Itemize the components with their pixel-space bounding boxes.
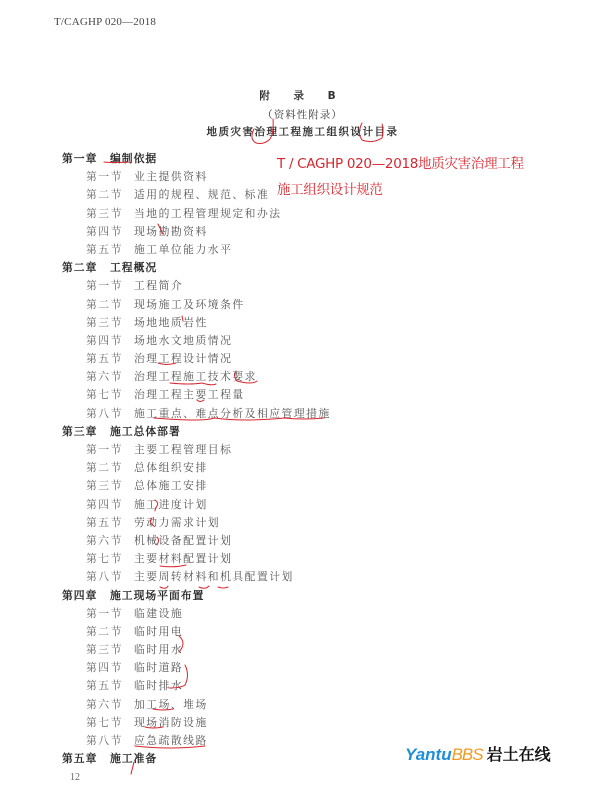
- section-number: 第五节: [86, 241, 134, 259]
- section-number: 第四节: [86, 659, 134, 677]
- table-of-contents: 第一章编制依据 第一节业主提供资料 第二节适用的规程、规范、标准 第三节当地的工…: [62, 150, 331, 768]
- section-title: 劳动力需求计划: [134, 516, 220, 529]
- section-title: 场地水文地质情况: [134, 334, 232, 347]
- section-item: 第四节施工进度计划: [62, 496, 331, 514]
- section-title: 主要工程管理目标: [134, 443, 232, 456]
- section-item: 第五节劳动力需求计划: [62, 514, 331, 532]
- chapter-title: 施工现场平面布置: [110, 589, 204, 602]
- section-item: 第二节适用的规程、规范、标准: [62, 186, 331, 204]
- section-title: 业主提供资料: [134, 170, 208, 183]
- section-number: 第四节: [86, 223, 134, 241]
- chapter-number: 第五章: [62, 750, 110, 768]
- section-item: 第七节主要材料配置计划: [62, 550, 331, 568]
- section-title: 现场消防设施: [134, 716, 208, 729]
- section-number: 第二节: [86, 459, 134, 477]
- section-number: 第五节: [86, 350, 134, 368]
- section-number: 第六节: [86, 532, 134, 550]
- section-number: 第七节: [86, 714, 134, 732]
- chapter-number: 第二章: [62, 259, 110, 277]
- section-number: 第一节: [86, 277, 134, 295]
- section-number: 第一节: [86, 441, 134, 459]
- appendix-title: 地质灾害治理工程施工组织设计目录: [0, 124, 605, 139]
- section-item: 第六节治理工程施工技术要求: [62, 368, 331, 386]
- section-item: 第二节临时用电: [62, 623, 331, 641]
- section-item: 第八节施工重点、难点分析及相应管理措施: [62, 405, 331, 423]
- section-number: 第二节: [86, 186, 134, 204]
- section-title: 机械设备配置计划: [134, 534, 232, 547]
- section-item: 第六节机械设备配置计划: [62, 532, 331, 550]
- section-number: 第三节: [86, 477, 134, 495]
- chapter-title: 编制依据: [110, 152, 157, 165]
- section-number: 第八节: [86, 732, 134, 750]
- chapter-title: 施工准备: [110, 752, 157, 765]
- section-title: 主要材料配置计划: [134, 552, 232, 565]
- section-title: 应急疏散线路: [134, 734, 208, 747]
- section-title: 治理工程施工技术要求: [134, 370, 257, 383]
- section-item: 第六节加工场、堆场: [62, 696, 331, 714]
- section-number: 第七节: [86, 386, 134, 404]
- section-number: 第二节: [86, 623, 134, 641]
- section-item: 第三节临时用水: [62, 641, 331, 659]
- section-title: 总体施工安排: [134, 479, 208, 492]
- section-item: 第五节施工单位能力水平: [62, 241, 331, 259]
- chapter-number: 第四章: [62, 587, 110, 605]
- section-title: 适用的规程、规范、标准: [134, 188, 269, 201]
- section-item: 第四节场地水文地质情况: [62, 332, 331, 350]
- chapter-number: 第三章: [62, 423, 110, 441]
- section-number: 第二节: [86, 296, 134, 314]
- section-title: 治理工程设计情况: [134, 352, 232, 365]
- chapter-heading: 第五章施工准备: [62, 750, 331, 768]
- section-item: 第一节工程简介: [62, 277, 331, 295]
- section-number: 第三节: [86, 314, 134, 332]
- section-item: 第五节临时排水: [62, 677, 331, 695]
- chapter-title: 工程概况: [110, 261, 157, 274]
- standard-code: T/CAGHP 020—2018: [54, 16, 156, 28]
- section-title: 临时用水: [134, 643, 183, 656]
- section-title: 施工进度计划: [134, 498, 208, 511]
- section-title: 场地地质岩性: [134, 316, 208, 329]
- section-number: 第四节: [86, 496, 134, 514]
- logo-brand-bbs: BBS: [452, 745, 483, 764]
- section-item: 第七节现场消防设施: [62, 714, 331, 732]
- section-title: 总体组织安排: [134, 461, 208, 474]
- section-title: 施工重点、难点分析及相应管理措施: [134, 407, 331, 420]
- section-number: 第一节: [86, 605, 134, 623]
- chapter-number: 第一章: [62, 150, 110, 168]
- section-item: 第一节临建设施: [62, 605, 331, 623]
- section-title: 治理工程主要工程量: [134, 388, 245, 401]
- section-number: 第一节: [86, 168, 134, 186]
- section-number: 第四节: [86, 332, 134, 350]
- page-number: 12: [70, 772, 80, 783]
- section-title: 施工单位能力水平: [134, 243, 232, 256]
- section-number: 第六节: [86, 368, 134, 386]
- section-number: 第三节: [86, 641, 134, 659]
- section-item: 第一节主要工程管理目标: [62, 441, 331, 459]
- section-item: 第三节当地的工程管理规定和办法: [62, 205, 331, 223]
- section-number: 第五节: [86, 677, 134, 695]
- section-title: 临时用电: [134, 625, 183, 638]
- section-number: 第八节: [86, 568, 134, 586]
- section-title: 工程简介: [134, 279, 183, 292]
- chapter-heading: 第一章编制依据: [62, 150, 331, 168]
- section-title: 临建设施: [134, 607, 183, 620]
- appendix-label: 附 录 B: [0, 88, 605, 103]
- section-item: 第四节临时道路: [62, 659, 331, 677]
- section-item: 第八节主要周转材料和机具配置计划: [62, 568, 331, 586]
- yantubbs-watermark-logo: YantuBBS岩土在线: [405, 742, 551, 765]
- section-title: 临时道路: [134, 661, 183, 674]
- chapter-heading: 第三章施工总体部署: [62, 423, 331, 441]
- section-item: 第八节应急疏散线路: [62, 732, 331, 750]
- section-number: 第八节: [86, 405, 134, 423]
- logo-brand-cn: 岩土在线: [487, 745, 551, 764]
- section-title: 当地的工程管理规定和办法: [134, 207, 282, 220]
- section-item: 第四节现场勘勘资料: [62, 223, 331, 241]
- section-item: 第一节业主提供资料: [62, 168, 331, 186]
- section-title: 加工场、堆场: [134, 698, 208, 711]
- section-item: 第二节现场施工及环境条件: [62, 296, 331, 314]
- section-number: 第三节: [86, 205, 134, 223]
- chapter-title: 施工总体部署: [110, 425, 181, 438]
- section-title: 现场施工及环境条件: [134, 298, 245, 311]
- section-item: 第二节总体组织安排: [62, 459, 331, 477]
- section-title: 临时排水: [134, 679, 183, 692]
- section-item: 第三节场地地质岩性: [62, 314, 331, 332]
- logo-brand-latin: Yantu: [405, 745, 452, 764]
- section-item: 第七节治理工程主要工程量: [62, 386, 331, 404]
- section-item: 第三节总体施工安排: [62, 477, 331, 495]
- appendix-type: （资料性附录）: [0, 107, 605, 122]
- section-number: 第六节: [86, 696, 134, 714]
- chapter-heading: 第四章施工现场平面布置: [62, 587, 331, 605]
- section-number: 第五节: [86, 514, 134, 532]
- section-title: 现场勘勘资料: [134, 225, 208, 238]
- chapter-heading: 第二章工程概况: [62, 259, 331, 277]
- section-title: 主要周转材料和机具配置计划: [134, 570, 294, 583]
- section-number: 第七节: [86, 550, 134, 568]
- section-item: 第五节治理工程设计情况: [62, 350, 331, 368]
